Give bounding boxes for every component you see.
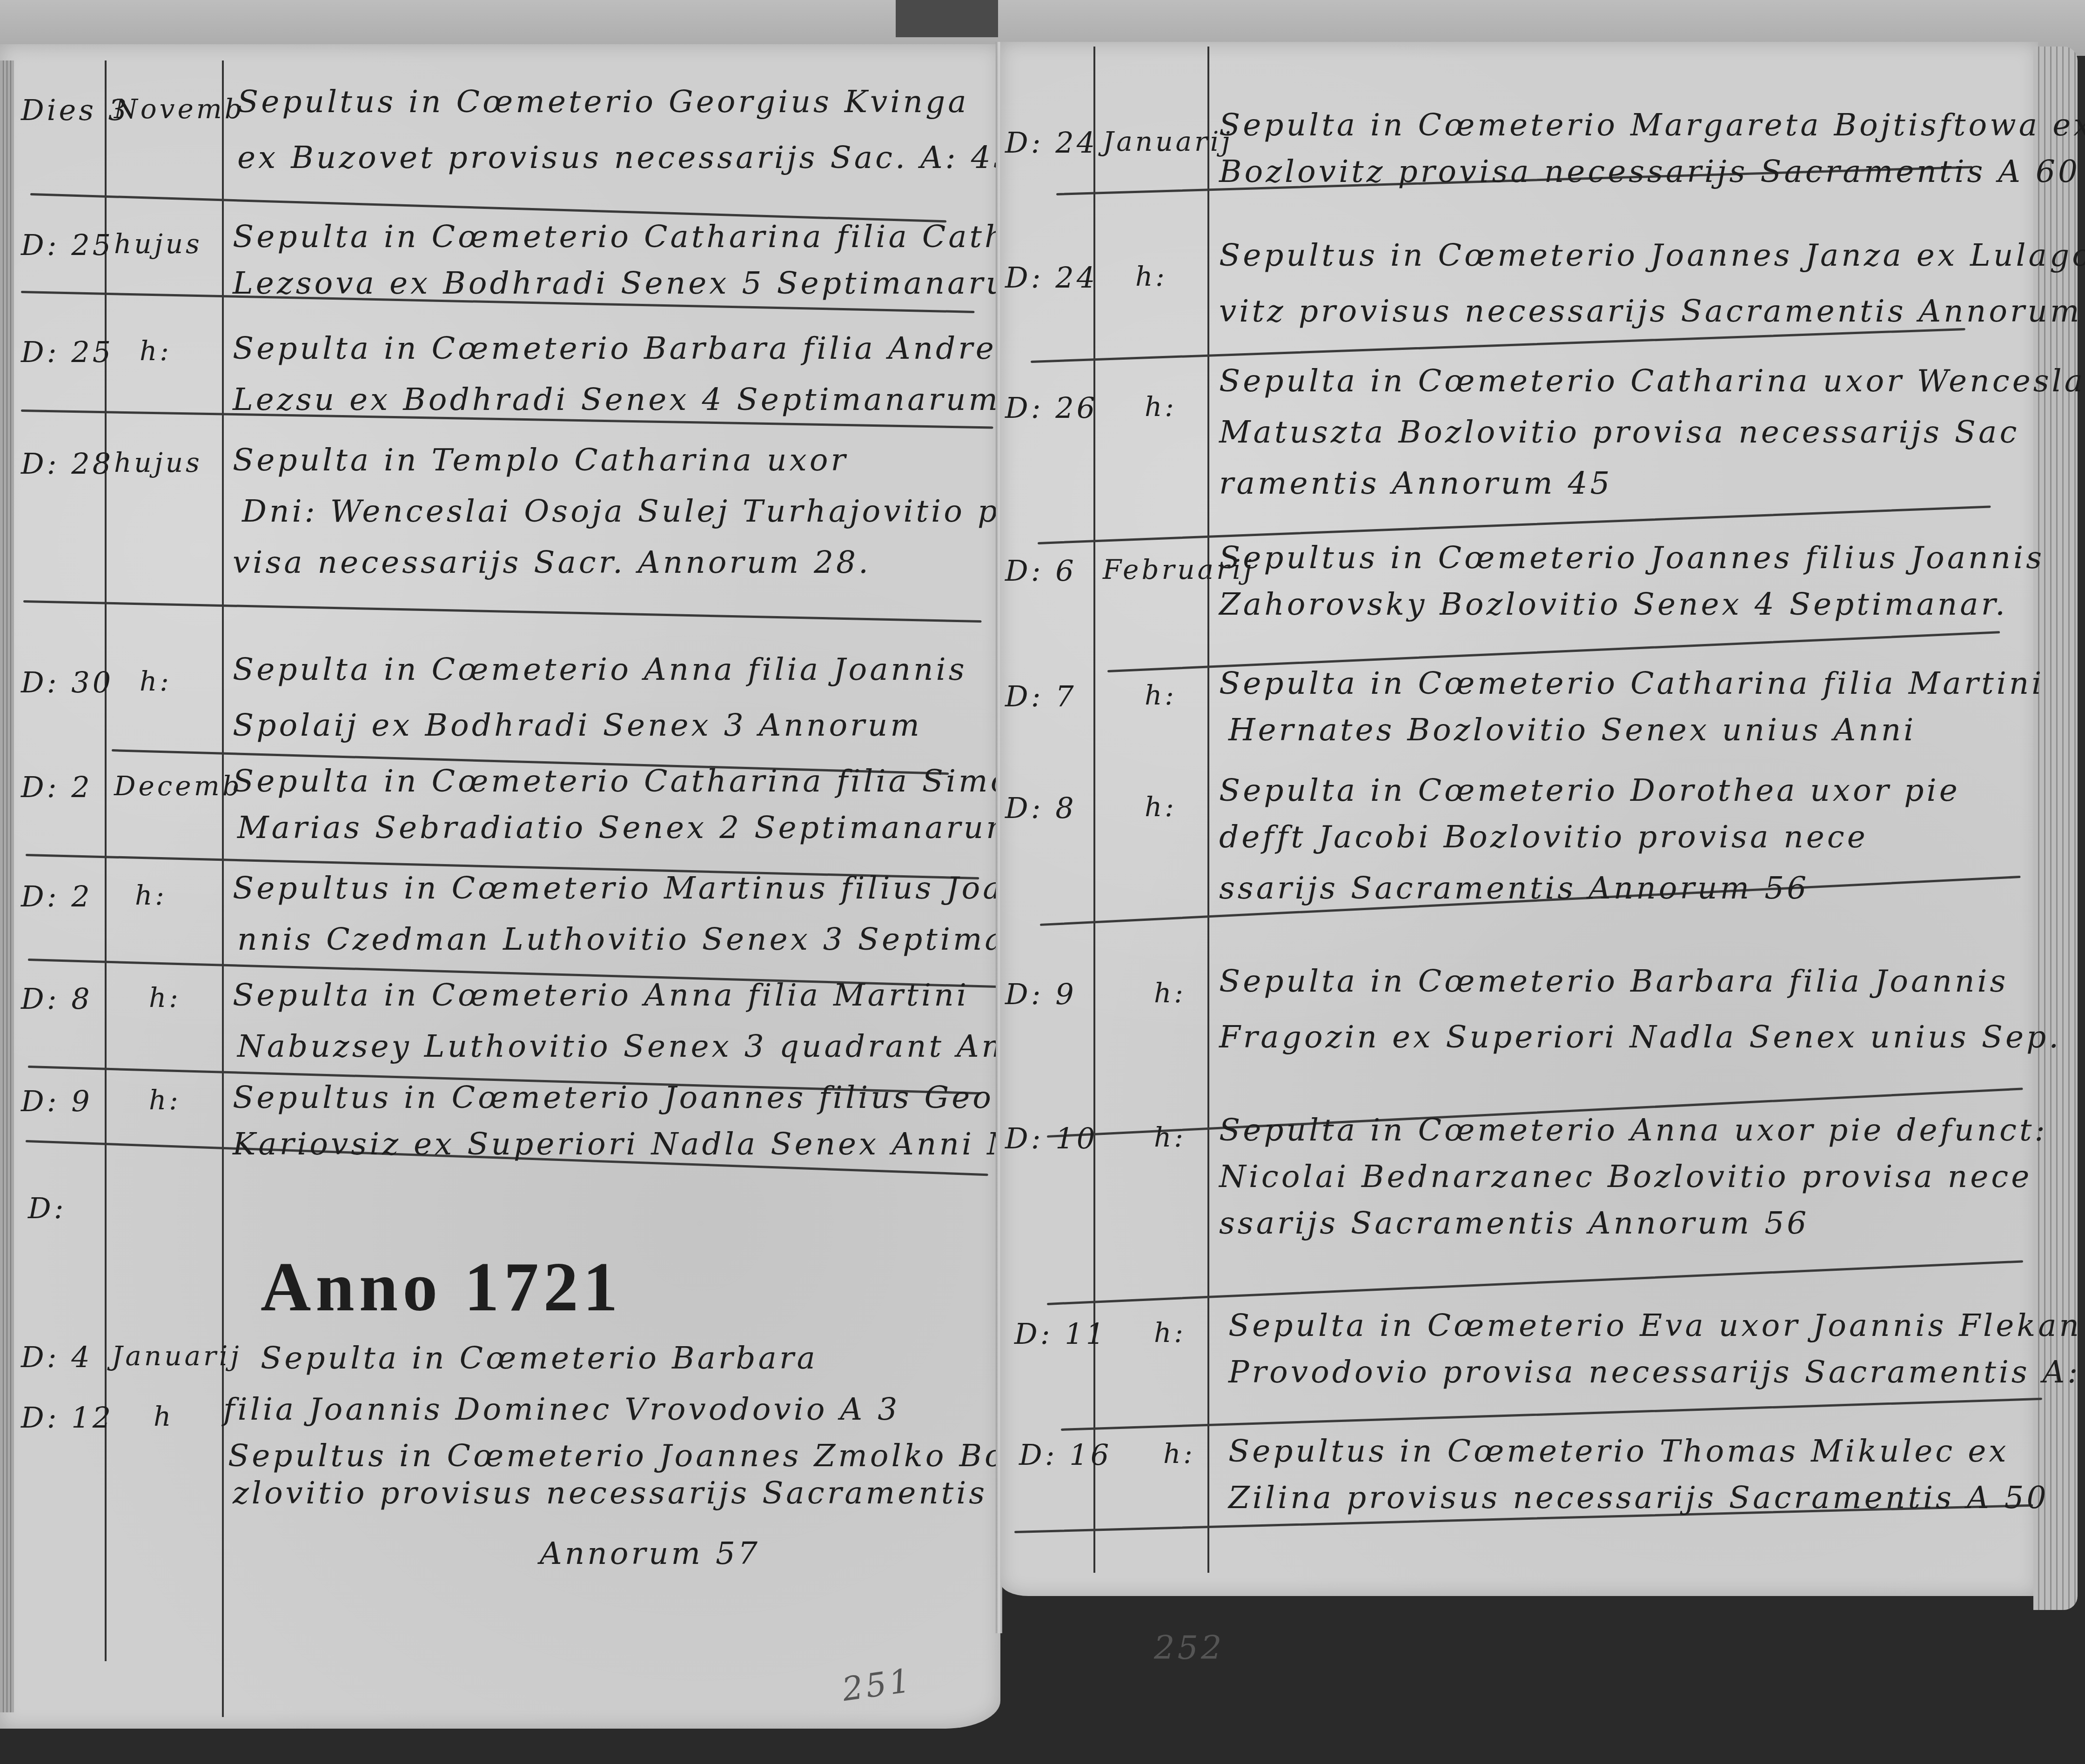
entry-month: Januarij: [112, 1340, 241, 1372]
entry-text-line3: ramentis Annorum 45: [1219, 465, 1613, 501]
entry-text-line2: Fragozin ex Superiori Nadla Senex unius …: [1219, 1019, 2061, 1055]
entry-text-line1: Sepulta in Cœmeterio Catharina uxor Wenc…: [1219, 363, 2085, 399]
entry-day: D: 7: [1005, 679, 1077, 713]
entry-month: h:: [1145, 391, 1177, 423]
entry-day: D:: [28, 1191, 67, 1225]
entry-text-line1: Sepulta in Cœmeterio Eva uxor Joannis Fl…: [1228, 1308, 2082, 1343]
entry-text-line2: Lezsu ex Bodhradi Senex 4 Septimanarum: [233, 382, 1000, 417]
entry-text-line2: nnis Czedman Luthovitio Senex 3 Septiman…: [237, 921, 1067, 957]
entry-text-line2: Dni: Wenceslai Osoja Sulej Turhajovitio …: [242, 493, 1039, 529]
entry-month: h:: [1145, 679, 1177, 711]
entry-text-line1: Sepultus in Cœmeterio Joannes Janza ex L…: [1219, 237, 2085, 273]
entry-month: h:: [135, 879, 167, 911]
entry-month: Januarij: [1103, 126, 1233, 157]
entry-month: h:: [149, 982, 181, 1013]
entry-text-line1: Sepulta in Cœmeterio Margareta Bojtisfto…: [1219, 107, 2085, 143]
entry-text-line2: Zilina provisus necessarijs Sacramentis …: [1228, 1480, 2049, 1516]
page-number-right: 252: [1154, 1629, 1225, 1667]
entry-day: D: 25: [21, 335, 114, 369]
entry-text-line2: defft Jacobi Bozlovitio provisa nece: [1219, 819, 1868, 855]
entry-month: h:: [1154, 1121, 1186, 1153]
entry-day: D: 2: [21, 879, 93, 913]
entry-day: Dies 3: [21, 93, 129, 127]
entry-text-line2: Nicolai Bednarzanec Bozlovitio provisa n…: [1219, 1159, 2032, 1194]
entry-text-line2: Nabuzsey Luthovitio Senex 3 quadrant Ann…: [237, 1028, 1039, 1064]
entry-text-line1: Sepulta in Cœmeterio Barbara: [261, 1340, 818, 1376]
entry-day: D: 24: [1005, 126, 1098, 160]
entry-text-line2: vitz provisus necessarijs Sacramentis An…: [1219, 293, 2085, 329]
entry-month: h:: [1135, 261, 1167, 292]
entry-text-line2: Zahorovsky Bozlovitio Senex 4 Septimanar…: [1219, 586, 2008, 622]
left-column-rule-2: [222, 60, 224, 1717]
entry-text-line1: Sepultus in Cœmeterio Joannes filius Joa…: [1219, 540, 2045, 576]
entry-text-line1: Sepultus in Cœmeterio Thomas Mikulec ex: [1228, 1433, 2009, 1469]
entry-day: D: 16: [1019, 1438, 1112, 1472]
entry-month: h:: [140, 665, 172, 697]
entry-text-line2: Kariovsiz ex Superiori Nadla Senex Anni …: [233, 1126, 1089, 1162]
entry-text-line1: Sepulta in Cœmeterio Barbara filia Andre…: [233, 330, 1028, 366]
entry-day: D: 26: [1005, 391, 1098, 425]
entry-month: h:: [1154, 977, 1186, 1009]
entry-month: hujus: [114, 228, 202, 260]
entry-text-line2: Marias Sebradiatio Senex 2 Septimanarum: [237, 810, 1018, 845]
entry-text-line1: Sepulta in Templo Catharina uxor: [233, 442, 848, 478]
entry-text-line2: Provodovio provisa necessarijs Sacrament…: [1228, 1354, 2085, 1390]
entry-text-line1: Sepulta in Cœmeterio Barbara filia Joann…: [1219, 963, 2008, 999]
entry-text-line2: Lezsova ex Bodhradi Senex 5 Septimanarum: [233, 265, 1040, 301]
entry-day: D: 25: [21, 228, 114, 262]
entry-month: Novemb: [114, 93, 245, 125]
entry-text-line1: Sepulta in Cœmeterio Catharina filia Mar…: [1219, 665, 2044, 701]
year-heading: Anno 1721: [261, 1247, 623, 1327]
entry-text-line3: ssarijs Sacramentis Annorum 56: [1219, 1205, 1809, 1241]
entry-text-line3: visa necessarijs Sacr. Annorum 28.: [233, 544, 871, 580]
entry-month: hujus: [114, 447, 202, 478]
entry-text-line2: Bozlovitz provisa necessarijs Sacramenti…: [1219, 154, 2080, 189]
entry-day: D: 9: [1005, 977, 1077, 1011]
entry-text-line3: Annorum 57: [540, 1536, 760, 1571]
entry-text-line1: Sepulta in Cœmeterio Anna filia Joannis: [233, 651, 967, 687]
entry-day: D: 10: [1005, 1121, 1098, 1155]
entry-text-line1: Sepultus in Cœmeterio Martinus filius Jo…: [233, 870, 1026, 906]
entry-month: h:: [1163, 1438, 1195, 1469]
entry-day: D: 12: [21, 1401, 114, 1435]
entry-day: D: 8: [1005, 791, 1077, 825]
entry-text-line1: Sepulta in Cœmeterio Dorothea uxor pie: [1219, 772, 1960, 808]
entry-day: D: 8: [21, 982, 93, 1016]
entry-month: Decemb: [114, 770, 242, 802]
entry-day: D: 28: [21, 447, 114, 481]
entry-day: D: 24: [1005, 261, 1098, 295]
entry-day: D: 4: [21, 1340, 93, 1374]
entry-text-line2: filia Joannis Dominec Vrovodovio A 3: [223, 1391, 900, 1427]
entry-month: h:: [1145, 791, 1177, 823]
entry-day: D: 30: [21, 665, 114, 699]
entry-month: h: [154, 1401, 174, 1432]
entry-month: h:: [1154, 1317, 1186, 1348]
entry-text-line1: Sepulta in Cœmeterio Anna uxor pie defun…: [1219, 1112, 2048, 1148]
entry-text-line2: Hernates Bozlovitio Senex unius Anni: [1228, 712, 1916, 748]
right-column-rule-2: [1207, 47, 1209, 1573]
entry-text-line1: Sepultus in Cœmeterio Joannes filius Geo…: [233, 1080, 1059, 1115]
entry-day: D: 9: [21, 1084, 93, 1118]
left-page-edges: [0, 60, 14, 1712]
entry-text-line2: Matuszta Bozlovitio provisa necessarijs …: [1219, 414, 2019, 450]
entry-month: h:: [140, 335, 172, 367]
entry-text-line1: Sepulta in Cœmeterio Catharina filia Cat…: [233, 219, 1113, 255]
entry-text-line1: Sepulta in Cœmeterio Catharina filia Sim…: [233, 763, 1066, 799]
entry-text-line1: Sepultus in Cœmeterio Joannes Zmolko Bo: [228, 1438, 1006, 1474]
entry-month: h:: [149, 1084, 181, 1116]
entry-text-line2: Spolaij ex Bodhradi Senex 3 Annorum: [233, 707, 922, 743]
entry-day: D: 6: [1005, 554, 1077, 588]
entry-text-line1: Sepultus in Cœmeterio Georgius Kvinga: [237, 84, 969, 120]
entry-text-line2: ex Buzovet provisus necessarijs Sac. A: …: [237, 140, 1016, 175]
entry-text-line3: ssarijs Sacramentis Annorum 56: [1219, 870, 1809, 906]
entry-day: D: 11: [1014, 1317, 1107, 1351]
entry-text-line2: zlovitio provisus necessarijs Sacramenti…: [233, 1475, 987, 1511]
entry-text-line1: Sepulta in Cœmeterio Anna filia Martini: [233, 977, 969, 1013]
entry-day: D: 2: [21, 770, 93, 804]
bookmark-ribbon: [896, 0, 998, 37]
